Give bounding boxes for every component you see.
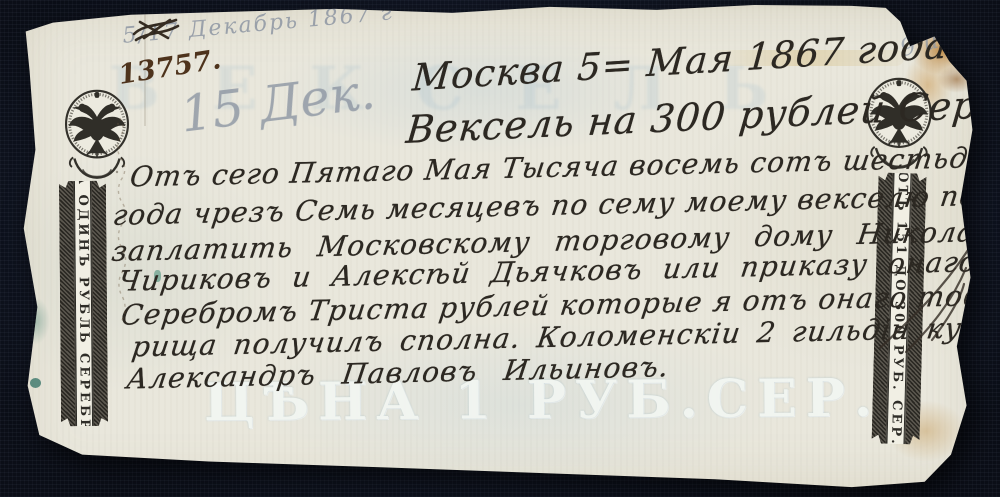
bill-body-text: Отъ сего Пятаго Мая Тысяча восемь сотъ ш… xyxy=(9,0,994,497)
teal-ink-dot xyxy=(18,464,32,476)
faint-margin-scribble xyxy=(110,114,132,358)
ink-flourish xyxy=(872,240,982,359)
document-paper: ВЕКСЕЛЬ ЦѢНА 1 РУБ.СЕР. xyxy=(14,2,988,494)
yellow-spot xyxy=(44,474,56,483)
promissory-note-photo: ВЕКСЕЛЬ ЦѢНА 1 РУБ.СЕР. xyxy=(0,0,1000,497)
